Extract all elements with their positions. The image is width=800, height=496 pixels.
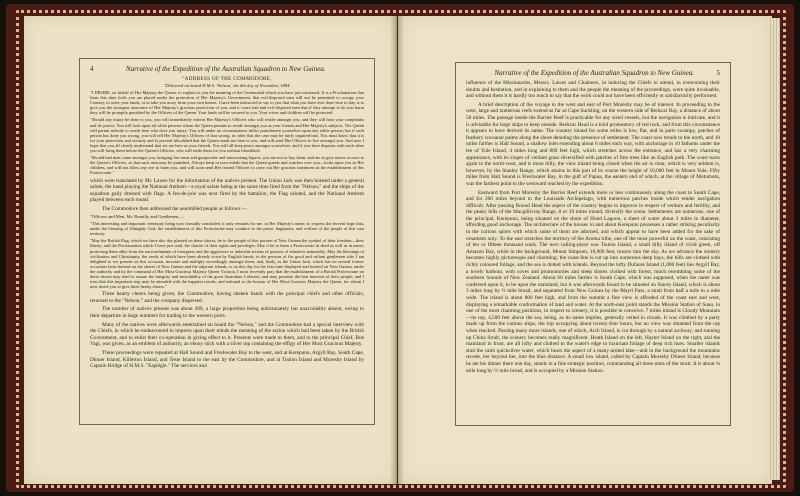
- address-paragraph: "Should any injury be done to you, you w…: [90, 117, 364, 153]
- page-number: 5: [717, 69, 721, 77]
- left-page: 4 Narrative of the Expedition of the Aus…: [24, 16, 397, 484]
- right-running-head: Narrative of the Expedition of the Austr…: [466, 69, 720, 77]
- narrative-paragraph: A brief description of the voyage to the…: [466, 102, 720, 188]
- narrative-paragraph: Eastward from Port Moresby the Barrier R…: [466, 190, 720, 375]
- narrative-paragraph: These proceedings were repeated at Hall …: [90, 350, 364, 370]
- right-page: Narrative of the Expedition of the Austr…: [398, 16, 772, 484]
- narrative-paragraph: The number of natives present was about …: [90, 306, 364, 319]
- book-gutter: [390, 16, 404, 484]
- page-edges: [768, 18, 780, 480]
- speech-paragraph: "This interesting and important ceremony…: [90, 221, 364, 236]
- narrative-paragraph: Three hearty cheers being given, the Com…: [90, 291, 364, 304]
- speech-salutation: "Officers and Men, Mr. Romilly and Gentl…: [90, 214, 364, 220]
- address-heading: "ADDRESS OF THE COMMODORE,: [90, 76, 364, 82]
- right-page-text-block: Narrative of the Expedition of the Austr…: [455, 62, 731, 426]
- speech-paragraph: "May the British Flag, which we have thi…: [90, 238, 364, 289]
- address-paragraph: "Should bad men come amongst you, bringi…: [90, 155, 364, 175]
- left-page-text-block: 4 Narrative of the Expedition of the Aus…: [79, 58, 375, 425]
- narrative-paragraph: The Commodore then addressed the assembl…: [90, 206, 364, 213]
- book-binding: 4 Narrative of the Expedition of the Aus…: [6, 4, 794, 492]
- narrative-paragraph: Many of the natives were afterwards ente…: [90, 322, 364, 348]
- address-subheading: "Delivered on board H.M.S. 'Nelson,' the…: [90, 83, 364, 88]
- address-paragraph: "I DESIRE, on behalf of Her Majesty the …: [90, 90, 364, 115]
- running-title: Narrative of the Expedition of the Austr…: [94, 65, 359, 73]
- left-running-head: 4 Narrative of the Expedition of the Aus…: [90, 65, 364, 73]
- narrative-paragraph: which were translated by Mr. Lawes for t…: [90, 178, 364, 204]
- narrative-paragraph: influence of the Missionaries, Messrs. L…: [466, 80, 720, 100]
- running-title: Narrative of the Expedition of the Austr…: [472, 69, 717, 77]
